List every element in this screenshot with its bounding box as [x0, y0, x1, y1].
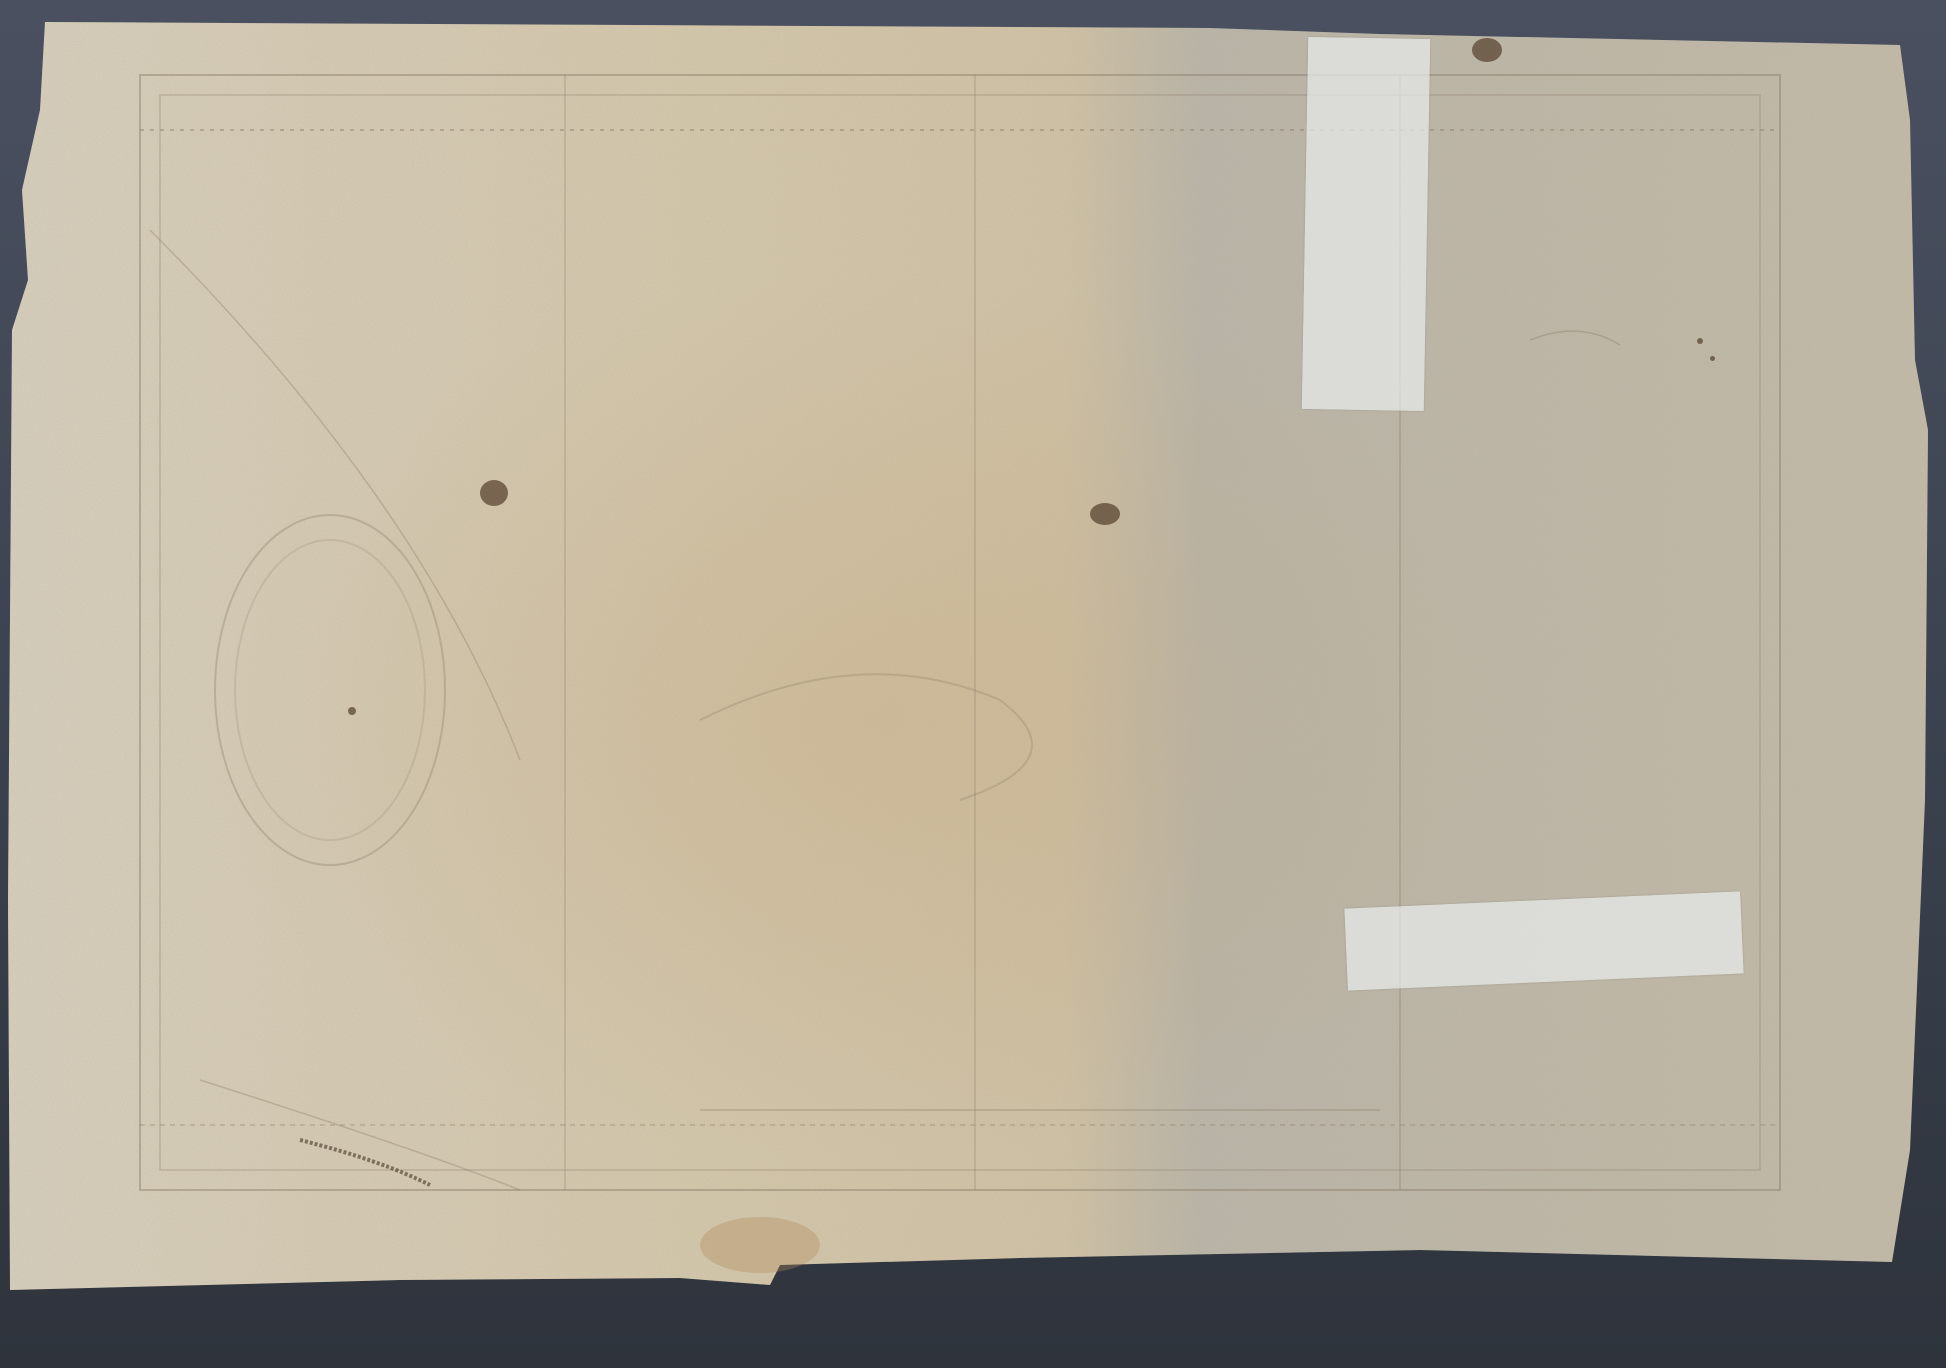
stain-top-right — [1472, 38, 1502, 62]
paper-document — [0, 0, 1946, 1368]
dot-left — [348, 707, 356, 715]
stain-center — [1090, 503, 1120, 525]
dot-right-1 — [1697, 338, 1703, 344]
stain-left — [480, 480, 508, 506]
dot-right-2 — [1710, 356, 1715, 361]
vertical-tape — [1302, 37, 1430, 411]
horizontal-tape — [1344, 891, 1743, 990]
paper-sheet — [0, 0, 1946, 1368]
